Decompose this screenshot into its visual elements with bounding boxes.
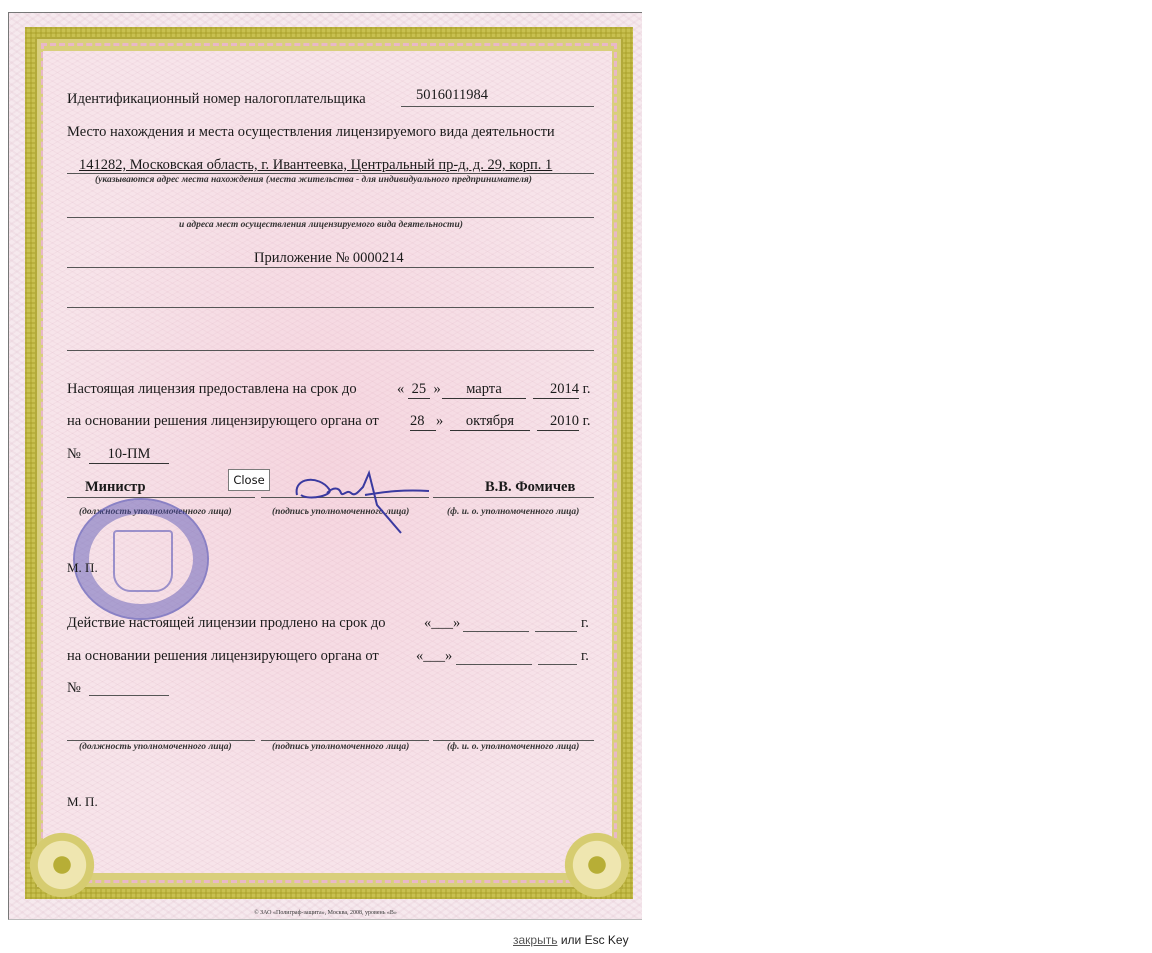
appendix-number: Приложение № 0000214: [254, 250, 404, 267]
tin-value: 5016011984: [416, 87, 488, 104]
esc-hint: или Esc Key: [561, 933, 629, 947]
address-hint: (указываются адрес места нахождения (мес…: [95, 175, 532, 185]
decision-month: октября: [450, 413, 530, 431]
close-button[interactable]: Close: [228, 469, 270, 491]
validity-month: марта: [442, 381, 526, 399]
extension-label: Действие настоящей лицензии продлено на …: [67, 615, 386, 632]
license-document-image: Идентификационный номер налогоплательщик…: [8, 12, 642, 920]
signer-name: В.В. Фомичев: [485, 479, 575, 496]
extension-decision-label: на основании решения лицензирующего орга…: [67, 648, 379, 665]
corner-ornament-icon: [558, 829, 636, 901]
decision-year: 2010: [537, 413, 579, 431]
corner-ornament-icon: [23, 829, 101, 901]
decision-day: 28: [410, 413, 436, 431]
validity-label: Настоящая лицензия предоставлена на срок…: [67, 381, 357, 398]
validity-year: 2014: [533, 381, 579, 399]
stamp-place-2: М. П.: [67, 794, 98, 810]
validity-day: 25: [408, 381, 430, 399]
stamp-place-1: М. П.: [67, 560, 98, 576]
address-hint-2: и адреса мест осуществления лицензируемо…: [179, 220, 463, 230]
print-credit: © ЗАО «Полиграф-защита», Москва, 2008, у…: [9, 910, 642, 916]
location-label: Место нахождения и места осуществления л…: [67, 124, 555, 141]
decision-number: 10-ПМ: [89, 446, 169, 464]
decision-label: на основании решения лицензирующего орга…: [67, 413, 379, 430]
tin-label: Идентификационный номер налогоплательщик…: [67, 91, 366, 108]
official-seal-icon: [73, 498, 209, 620]
signature-icon: [289, 465, 439, 545]
address-value: 141282, Московская область, г. Ивантеевк…: [79, 157, 552, 174]
close-link[interactable]: закрыть: [513, 933, 557, 947]
lightbox-footer: закрыть или Esc Key: [513, 933, 629, 947]
signer-position: Министр: [85, 479, 146, 496]
